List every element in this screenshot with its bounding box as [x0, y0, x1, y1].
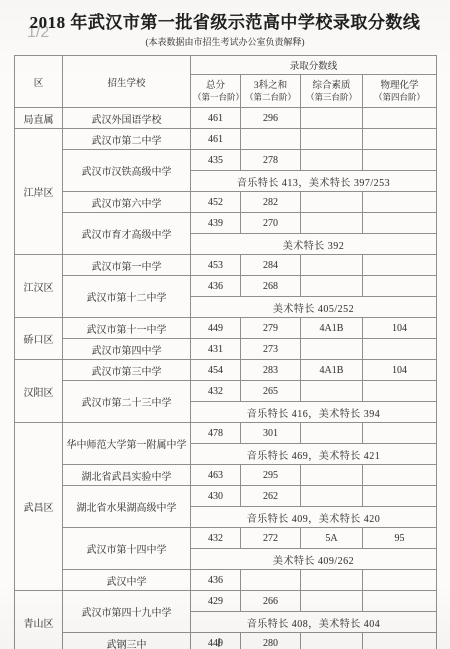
- school-cell: 武汉市第十一中学: [63, 318, 191, 339]
- score-cell-total: 452: [191, 192, 241, 213]
- score-cell-physchem: [363, 465, 437, 486]
- header-col-total: 总分 （第一台阶）: [191, 75, 241, 108]
- score-cell-quality: [301, 192, 363, 213]
- school-cell: 武汉市育才高级中学: [63, 213, 191, 255]
- table-row: 武钢三中 449 280: [15, 633, 437, 649]
- score-cell-sum3: 278: [241, 150, 301, 171]
- score-cell-total: 461: [191, 129, 241, 150]
- score-cell-physchem: [363, 192, 437, 213]
- score-cell-quality: [301, 381, 363, 402]
- score-cell-quality: 4A1B: [301, 318, 363, 339]
- table-row: 青山区 武汉市第四十九中学 429 266: [15, 591, 437, 612]
- scanned-document-page: 1/2 2018 年武汉市第一批省级示范高中学校录取分数线 (本表数据由市招生考…: [0, 0, 450, 649]
- score-cell-total: 461: [191, 108, 241, 129]
- score-cell-sum3: 283: [241, 360, 301, 381]
- score-cell-physchem: [363, 591, 437, 612]
- score-cell-total: 432: [191, 528, 241, 549]
- district-cell: 硚口区: [15, 318, 63, 360]
- score-cell-quality: [301, 423, 363, 444]
- score-cell-quality: 4A1B: [301, 360, 363, 381]
- score-cell-total: 454: [191, 360, 241, 381]
- table-row: 武汉市第十四中学 432 272 5A 95: [15, 528, 437, 549]
- school-cell: 武汉市第十四中学: [63, 528, 191, 570]
- score-cell-total: 436: [191, 570, 241, 591]
- score-cell-sum3: 295: [241, 465, 301, 486]
- score-cell-physchem: [363, 381, 437, 402]
- score-cell-physchem: [363, 570, 437, 591]
- score-cell-sum3: 296: [241, 108, 301, 129]
- district-cell: 江汉区: [15, 255, 63, 318]
- score-cell-physchem: [363, 339, 437, 360]
- score-cell-physchem: [363, 486, 437, 507]
- score-cell-physchem: [363, 423, 437, 444]
- header-col-total-label: 总分: [193, 80, 238, 92]
- header-col-physchem: 物理化学 （第四台阶）: [363, 75, 437, 108]
- score-cell-sum3: 279: [241, 318, 301, 339]
- school-cell: 武钢三中: [63, 633, 191, 649]
- score-cell-quality: [301, 339, 363, 360]
- score-cell-sum3: 268: [241, 276, 301, 297]
- table-row: 江岸区 武汉市第二中学 461: [15, 129, 437, 150]
- score-cell-total: 453: [191, 255, 241, 276]
- school-cell: 武汉市第六中学: [63, 192, 191, 213]
- specialty-cell: 美术特长 405/252: [191, 297, 437, 318]
- score-cell-quality: [301, 108, 363, 129]
- score-cell-total: 439: [191, 213, 241, 234]
- score-cell-physchem: [363, 255, 437, 276]
- score-cell-sum3: 262: [241, 486, 301, 507]
- school-cell: 武汉中学: [63, 570, 191, 591]
- school-cell: 武汉市汉铁高级中学: [63, 150, 191, 192]
- score-cell-sum3: 280: [241, 633, 301, 649]
- score-cell-total: 430: [191, 486, 241, 507]
- header-col-sum3-sub: （第二台阶）: [243, 92, 298, 103]
- score-cell-physchem: 95: [363, 528, 437, 549]
- score-cell-quality: 5A: [301, 528, 363, 549]
- table-row: 湖北省武昌实验中学 463 295: [15, 465, 437, 486]
- header-col-quality-sub: （第三台阶）: [303, 92, 360, 103]
- score-cell-sum3: 301: [241, 423, 301, 444]
- district-cell: 汉阳区: [15, 360, 63, 423]
- score-cell-quality: [301, 129, 363, 150]
- school-cell: 武汉市第三中学: [63, 360, 191, 381]
- header-col-sum3: 3科之和 （第二台阶）: [241, 75, 301, 108]
- table-row: 湖北省水果湖高级中学 430 262: [15, 486, 437, 507]
- district-cell: 江岸区: [15, 129, 63, 255]
- table-row: 硚口区 武汉市第十一中学 449 279 4A1B 104: [15, 318, 437, 339]
- school-cell: 武汉市第十二中学: [63, 276, 191, 318]
- table-row: 江汉区 武汉市第一中学 453 284: [15, 255, 437, 276]
- specialty-cell: 音乐特长 408，美术特长 404: [191, 612, 437, 633]
- header-col-physchem-label: 物理化学: [365, 80, 434, 92]
- header-col-quality: 综合素质 （第三台阶）: [301, 75, 363, 108]
- district-cell: 青山区: [15, 591, 63, 649]
- score-cell-sum3: 282: [241, 192, 301, 213]
- table-row: 武汉市第二十三中学 432 265: [15, 381, 437, 402]
- score-cell-total: 429: [191, 591, 241, 612]
- score-cell-total: 432: [191, 381, 241, 402]
- score-cell-total: 449: [191, 633, 241, 649]
- header-score-line: 录取分数线: [191, 56, 437, 75]
- score-cell-sum3: 266: [241, 591, 301, 612]
- school-cell: 武汉市第二十三中学: [63, 381, 191, 423]
- table-row: 武汉市第十二中学 436 268: [15, 276, 437, 297]
- score-cell-physchem: 104: [363, 318, 437, 339]
- header-district: 区: [15, 56, 63, 108]
- school-cell: 武汉外国语学校: [63, 108, 191, 129]
- score-cell-physchem: [363, 276, 437, 297]
- score-cell-physchem: 104: [363, 360, 437, 381]
- specialty-cell: 美术特长 392: [191, 234, 437, 255]
- score-cell-total: 449: [191, 318, 241, 339]
- score-cell-total: 435: [191, 150, 241, 171]
- score-cell-quality: [301, 276, 363, 297]
- table-row: 武汉市第四中学 431 273: [15, 339, 437, 360]
- score-cell-quality: [301, 213, 363, 234]
- table-subtitle: (本表数据由市招生考试办公室负责解释): [0, 35, 450, 48]
- score-cell-quality: [301, 591, 363, 612]
- score-cell-total: 478: [191, 423, 241, 444]
- school-cell: 武汉市第一中学: [63, 255, 191, 276]
- header-col-total-sub: （第一台阶）: [193, 92, 238, 103]
- score-cell-sum3: 284: [241, 255, 301, 276]
- school-cell: 武汉市第四十九中学: [63, 591, 191, 633]
- table-row: 武汉市育才高级中学 439 270: [15, 213, 437, 234]
- score-cell-physchem: [363, 633, 437, 649]
- score-cell-sum3: 273: [241, 339, 301, 360]
- score-cell-sum3: 270: [241, 213, 301, 234]
- district-cell: 武昌区: [15, 423, 63, 591]
- school-cell: 湖北省武昌实验中学: [63, 465, 191, 486]
- score-cell-quality: [301, 255, 363, 276]
- school-cell: 华中师范大学第一附属中学: [63, 423, 191, 465]
- score-cell-quality: [301, 633, 363, 649]
- specialty-cell: 美术特长 409/262: [191, 549, 437, 570]
- table-row: 武昌区 华中师范大学第一附属中学 478 301: [15, 423, 437, 444]
- table-row: 武汉市第六中学 452 282: [15, 192, 437, 213]
- specialty-cell: 音乐特长 409，美术特长 420: [191, 507, 437, 528]
- header-school: 招生学校: [63, 56, 191, 108]
- admission-score-table: 区 招生学校 录取分数线 总分 （第一台阶） 3科之和 （第二台阶） 综合素质 …: [14, 55, 437, 649]
- score-cell-quality: [301, 486, 363, 507]
- page-title: 2018 年武汉市第一批省级示范高中学校录取分数线: [0, 8, 450, 33]
- district-cell: 局直属: [15, 108, 63, 129]
- school-cell: 武汉市第四中学: [63, 339, 191, 360]
- header-col-physchem-sub: （第四台阶）: [365, 92, 434, 103]
- table-row: 武汉市汉铁高级中学 435 278: [15, 150, 437, 171]
- specialty-cell: 音乐特长 469，美术特长 421: [191, 444, 437, 465]
- score-cell-sum3: 272: [241, 528, 301, 549]
- score-cell-total: 431: [191, 339, 241, 360]
- header-col-quality-label: 综合素质: [303, 80, 360, 92]
- table-row: 汉阳区 武汉市第三中学 454 283 4A1B 104: [15, 360, 437, 381]
- header-col-sum3-label: 3科之和: [243, 80, 298, 92]
- school-cell: 湖北省水果湖高级中学: [63, 486, 191, 528]
- school-cell: 武汉市第二中学: [63, 129, 191, 150]
- score-cell-quality: [301, 150, 363, 171]
- specialty-cell: 音乐特长 416，美术特长 394: [191, 402, 437, 423]
- score-cell-physchem: [363, 213, 437, 234]
- table-row: 武汉中学 436: [15, 570, 437, 591]
- score-cell-quality: [301, 570, 363, 591]
- table-row: 局直属 武汉外国语学校 461 296: [15, 108, 437, 129]
- score-cell-total: 463: [191, 465, 241, 486]
- score-cell-physchem: [363, 108, 437, 129]
- score-cell-total: 436: [191, 276, 241, 297]
- score-cell-quality: [301, 465, 363, 486]
- score-cell-sum3: 265: [241, 381, 301, 402]
- score-cell-physchem: [363, 150, 437, 171]
- score-cell-sum3: [241, 570, 301, 591]
- specialty-cell: 音乐特长 413，美术特长 397/253: [191, 171, 437, 192]
- score-cell-sum3: [241, 129, 301, 150]
- score-cell-physchem: [363, 129, 437, 150]
